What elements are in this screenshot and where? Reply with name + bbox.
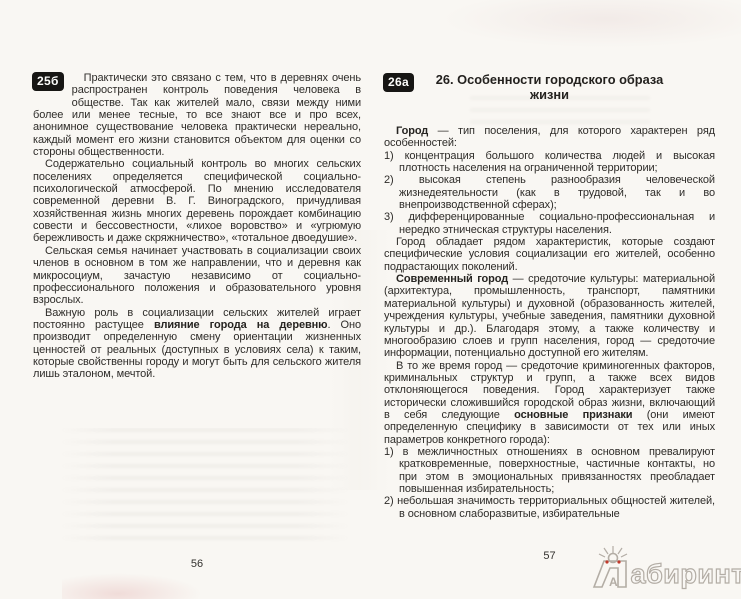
- bold-text: Город: [396, 125, 428, 137]
- right-page-text: Город — тип поселения, для которого хара…: [384, 125, 715, 520]
- list-item: 3) дифференцированные социально-професси…: [384, 211, 715, 236]
- text-run: в межличностных отношениях в основном пр…: [399, 446, 715, 495]
- bold-text: влияние города на деревню: [154, 319, 328, 331]
- text-run: — тип поселения, для которого характерен…: [384, 125, 715, 149]
- paragraph: Практически это связано с тем, что в дер…: [33, 72, 361, 158]
- paragraph: Важную роль в социализации сельских жите…: [33, 307, 361, 381]
- list-number: 1): [384, 150, 405, 162]
- list-item: 1) в межличностных отношениях в основном…: [384, 446, 715, 495]
- text-run: Город обладает рядом характеристик, кото…: [384, 236, 715, 273]
- scan-smudge-top-right: [441, 0, 741, 48]
- section-marker-wrap: 25б: [33, 72, 63, 97]
- text-run: Сельская семья начинает участвовать в со…: [33, 245, 361, 306]
- list-number: 3): [384, 211, 408, 223]
- section-marker-26a: 26а: [384, 74, 413, 91]
- right-page: 26а 26. Особенности городского образа жи…: [384, 70, 715, 520]
- list-number: 2): [384, 495, 397, 507]
- text-run: концентрация большого количества людей и…: [399, 150, 715, 174]
- text-run: высокая степень разнообразия человеческо…: [399, 174, 715, 211]
- list-number: 1): [384, 446, 403, 458]
- list-item: 2) высокая степень разнообразия человече…: [384, 174, 715, 211]
- paragraph: Город обладает рядом характеристик, кото…: [384, 236, 715, 273]
- svg-text:А: А: [609, 575, 618, 589]
- text-run: Содержательно социальный контроль во мно…: [33, 158, 361, 244]
- paragraph: Город — тип поселения, для которого хара…: [384, 125, 715, 150]
- scan-smudge-bottom-left: [62, 573, 202, 599]
- paragraph: Современный город — средоточие культуры:…: [384, 273, 715, 359]
- bold-text: основные признаки: [514, 409, 632, 421]
- book-scan-spread: { "page": { "background_color": "#f9f7f3…: [0, 0, 741, 599]
- list-number: 2): [384, 174, 419, 186]
- section-marker-25b: 25б: [33, 73, 63, 90]
- text-run: — средоточие культуры: материальной (арх…: [384, 273, 715, 359]
- text-run: небольшая значимость территориальных общ…: [397, 495, 715, 519]
- paragraph: Содержательно социальный контроль во мно…: [33, 158, 361, 244]
- page-number-56: 56: [33, 558, 361, 570]
- paragraph: В то же время город — средоточие кримино…: [384, 360, 715, 446]
- chapter-heading: 26. Особенности городского образа жизни: [425, 72, 675, 102]
- bleedthrough-ghost-left: [60, 428, 350, 546]
- paragraph: Сельская семья начинает участвовать в со…: [33, 245, 361, 307]
- labirint-watermark-text: абиринт: [631, 561, 741, 588]
- list-item: 2) небольшая значимость территориальных …: [384, 495, 715, 520]
- left-page-text: 25б Практически это связано с тем, что в…: [33, 72, 361, 381]
- bold-text: Современный город: [396, 273, 508, 285]
- labirint-watermark: А абиринт: [587, 541, 741, 593]
- text-run: дифференцированные социально-профессиона…: [399, 211, 715, 235]
- text-run: Практически это связано с тем, что в дер…: [33, 72, 361, 158]
- list-item: 1) концентрация большого количества люде…: [384, 150, 715, 175]
- left-page: 25б Практически это связано с тем, что в…: [33, 72, 361, 381]
